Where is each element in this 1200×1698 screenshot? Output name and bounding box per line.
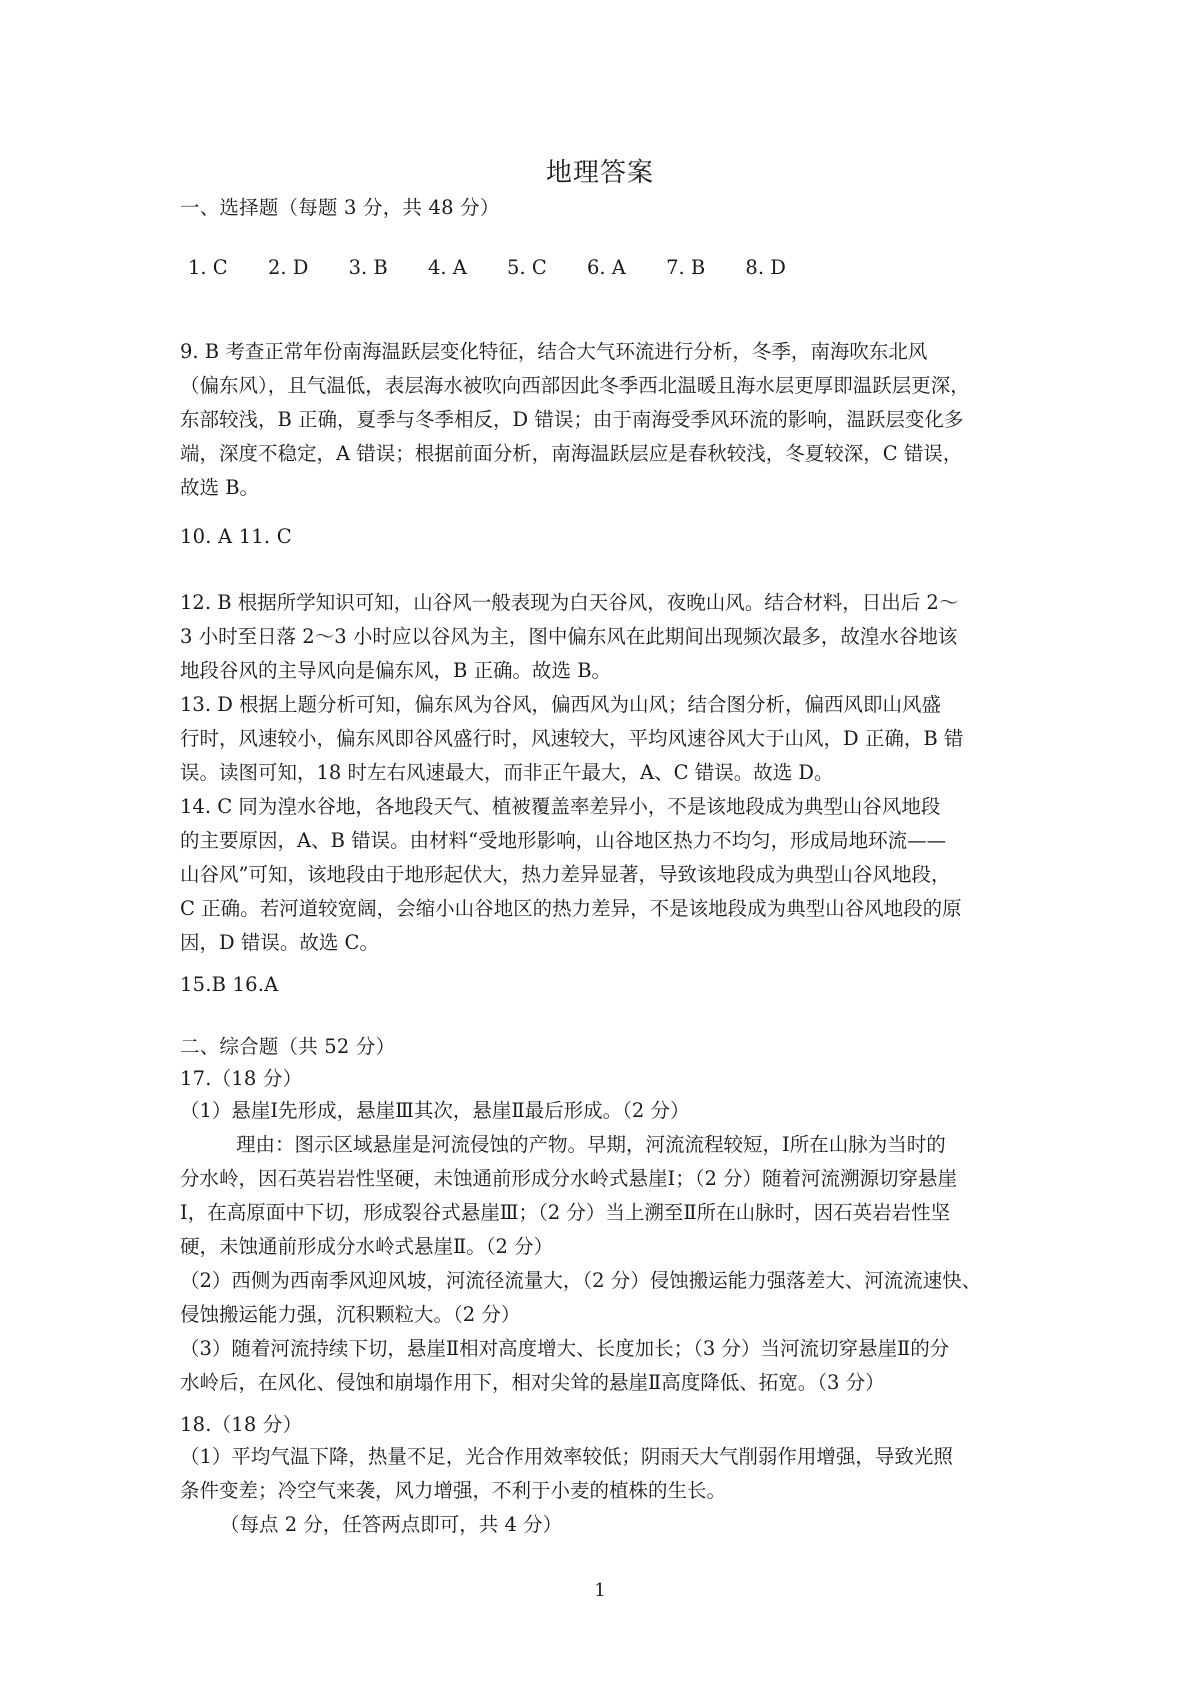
q18-header: 18.（18 分） bbox=[180, 1410, 1040, 1440]
q14-explanation: 14. C 同为湟水谷地，各地段天气、植被覆盖率差异小，不是该地段成为典型山谷风… bbox=[180, 790, 1042, 960]
q18-part1-line: 条件变差；冷空气来袭，风力增强，不利于小麦的植株的生长。 bbox=[180, 1474, 1042, 1508]
q18-part1-line: （1）平均气温下降，热量不足，光合作用效率较低；阴雨天大气削弱作用增强，导致光照 bbox=[180, 1440, 1042, 1474]
answer-3: 3. B bbox=[349, 253, 388, 283]
q17-part2: （2）西侧为西南季风迎风坡，河流径流量大，（2 分）侵蚀搬运能力强落差大、河流流… bbox=[180, 1264, 1042, 1332]
q9-line: 东部较浅，B 正确，夏季与冬季相反，D 错误；由于南海受季风环流的影响，温跃层变… bbox=[180, 403, 1042, 437]
answer-4: 4. A bbox=[428, 253, 467, 283]
answer-6: 6. A bbox=[587, 253, 626, 283]
q12-line: 12. B 根据所学知识可知，山谷风一般表现为白天谷风，夜晚山风。结合材料，日出… bbox=[180, 586, 1042, 620]
document-title: 地理答案 bbox=[0, 152, 1200, 189]
q9-line: 故选 B。 bbox=[180, 471, 1042, 505]
q14-line: C 正确。若河道较宽阔，会缩小山谷地区的热力差异，不是该地段成为典型山谷风地段的… bbox=[180, 892, 1042, 926]
q18-part1: （1）平均气温下降，热量不足，光合作用效率较低；阴雨天大气削弱作用增强，导致光照… bbox=[180, 1440, 1042, 1542]
q17-part2-line: 侵蚀搬运能力强，沉积颗粒大。（2 分） bbox=[180, 1298, 1042, 1332]
q17-reason-line: Ⅰ，在高原面中下切，形成裂谷式悬崖Ⅲ；（2 分）当上溯至Ⅱ所在山脉时，因石英岩岩… bbox=[180, 1196, 1042, 1230]
section2-heading: 二、综合题（共 52 分） bbox=[180, 1032, 1040, 1062]
answer-2: 2. D bbox=[268, 253, 308, 283]
q17-reason-line: 分水岭，因石英岩岩性坚硬，未蚀通前形成分水岭式悬崖Ⅰ；（2 分）随着河流溯源切穿… bbox=[180, 1162, 1042, 1196]
q14-line: 14. C 同为湟水谷地，各地段天气、植被覆盖率差异小，不是该地段成为典型山谷风… bbox=[180, 790, 1042, 824]
q13-line: 13. D 根据上题分析可知，偏东风为谷风，偏西风为山风；结合图分析，偏西风即山… bbox=[180, 688, 1042, 722]
q17-part3-line: 水岭后，在风化、侵蚀和崩塌作用下，相对尖耸的悬崖Ⅱ高度降低、拓宽。（3 分） bbox=[180, 1366, 1042, 1400]
q9-line: 端，深度不稳定，A 错误；根据前面分析，南海温跃层应是春秋较浅，冬夏较深，C 错… bbox=[180, 437, 1042, 471]
q14-line: 山谷风”可知，该地段由于地形起伏大，热力差异显著，导致该地段成为典型山谷风地段， bbox=[180, 858, 1042, 892]
q14-line: 的主要原因，A、B 错误。由材料“受地形影响，山谷地区热力不均匀，形成局地环流—… bbox=[180, 824, 1042, 858]
answer-5: 5. C bbox=[507, 253, 547, 283]
q13-explanation: 13. D 根据上题分析可知，偏东风为谷风，偏西风为山风；结合图分析，偏西风即山… bbox=[180, 688, 1042, 790]
answers-15-16: 15.B 16.A bbox=[180, 970, 1040, 1000]
q12-line: 3 小时至日落 2～3 小时应以谷风为主，图中偏东风在此期间出现频次最多，故湟水… bbox=[180, 620, 1042, 654]
q9-line: 9. B 考查正常年份南海温跃层变化特征，结合大气环流进行分析，冬季，南海吹东北… bbox=[180, 335, 1042, 369]
answer-1: 1. C bbox=[188, 253, 228, 283]
answer-7: 7. B bbox=[666, 253, 705, 283]
q17-part2-line: （2）西侧为西南季风迎风坡，河流径流量大，（2 分）侵蚀搬运能力强落差大、河流流… bbox=[180, 1264, 1042, 1298]
q17-reason-line: 理由：图示区域悬崖是河流侵蚀的产物。早期，河流流程较短，Ⅰ所在山脉为当时的 bbox=[180, 1128, 1042, 1162]
q13-line: 行时，风速较小，偏东风即谷风盛行时，风速较大，平均风速谷风大于山风，D 正确，B… bbox=[180, 722, 1042, 756]
page-number: 1 bbox=[0, 1580, 1200, 1601]
q13-line: 误。读图可知，18 时左右风速最大，而非正午最大，A、C 错误。故选 D。 bbox=[180, 756, 1042, 790]
q17-part1-answer: （1）悬崖Ⅰ先形成，悬崖Ⅲ其次，悬崖Ⅱ最后形成。（2 分） bbox=[180, 1094, 1042, 1128]
answers-10-11: 10. A 11. C bbox=[180, 522, 1040, 552]
q12-explanation: 12. B 根据所学知识可知，山谷风一般表现为白天谷风，夜晚山风。结合材料，日出… bbox=[180, 586, 1042, 688]
section1-heading: 一、选择题（每题 3 分，共 48 分） bbox=[180, 193, 1040, 223]
answer-8: 8. D bbox=[745, 253, 785, 283]
answer-sheet-page: 地理答案 一、选择题（每题 3 分，共 48 分） 1. C 2. D 3. B… bbox=[0, 0, 1200, 1698]
q18-part1-note: （每点 2 分，任答两点即可，共 4 分） bbox=[180, 1508, 1042, 1542]
q17-header: 17.（18 分） bbox=[180, 1064, 1040, 1094]
q12-line: 地段谷风的主导风向是偏东风，B 正确。故选 B。 bbox=[180, 654, 1042, 688]
q14-line: 因，D 错误。故选 C。 bbox=[180, 926, 1042, 960]
answers-1-8: 1. C 2. D 3. B 4. A 5. C 6. A 7. B 8. D bbox=[188, 253, 820, 283]
q9-explanation: 9. B 考查正常年份南海温跃层变化特征，结合大气环流进行分析，冬季，南海吹东北… bbox=[180, 335, 1042, 505]
q9-line: （偏东风），且气温低，表层海水被吹向西部因此冬季西北温暖且海水层更厚即温跃层更深… bbox=[180, 369, 1042, 403]
q17-part3-line: （3）随着河流持续下切，悬崖Ⅱ相对高度增大、长度加长；（3 分）当河流切穿悬崖Ⅱ… bbox=[180, 1332, 1042, 1366]
q17-part1: （1）悬崖Ⅰ先形成，悬崖Ⅲ其次，悬崖Ⅱ最后形成。（2 分） 理由：图示区域悬崖是… bbox=[180, 1094, 1042, 1264]
q17-part3: （3）随着河流持续下切，悬崖Ⅱ相对高度增大、长度加长；（3 分）当河流切穿悬崖Ⅱ… bbox=[180, 1332, 1042, 1400]
q17-reason-line: 硬，未蚀通前形成分水岭式悬崖Ⅱ。（2 分） bbox=[180, 1230, 1042, 1264]
